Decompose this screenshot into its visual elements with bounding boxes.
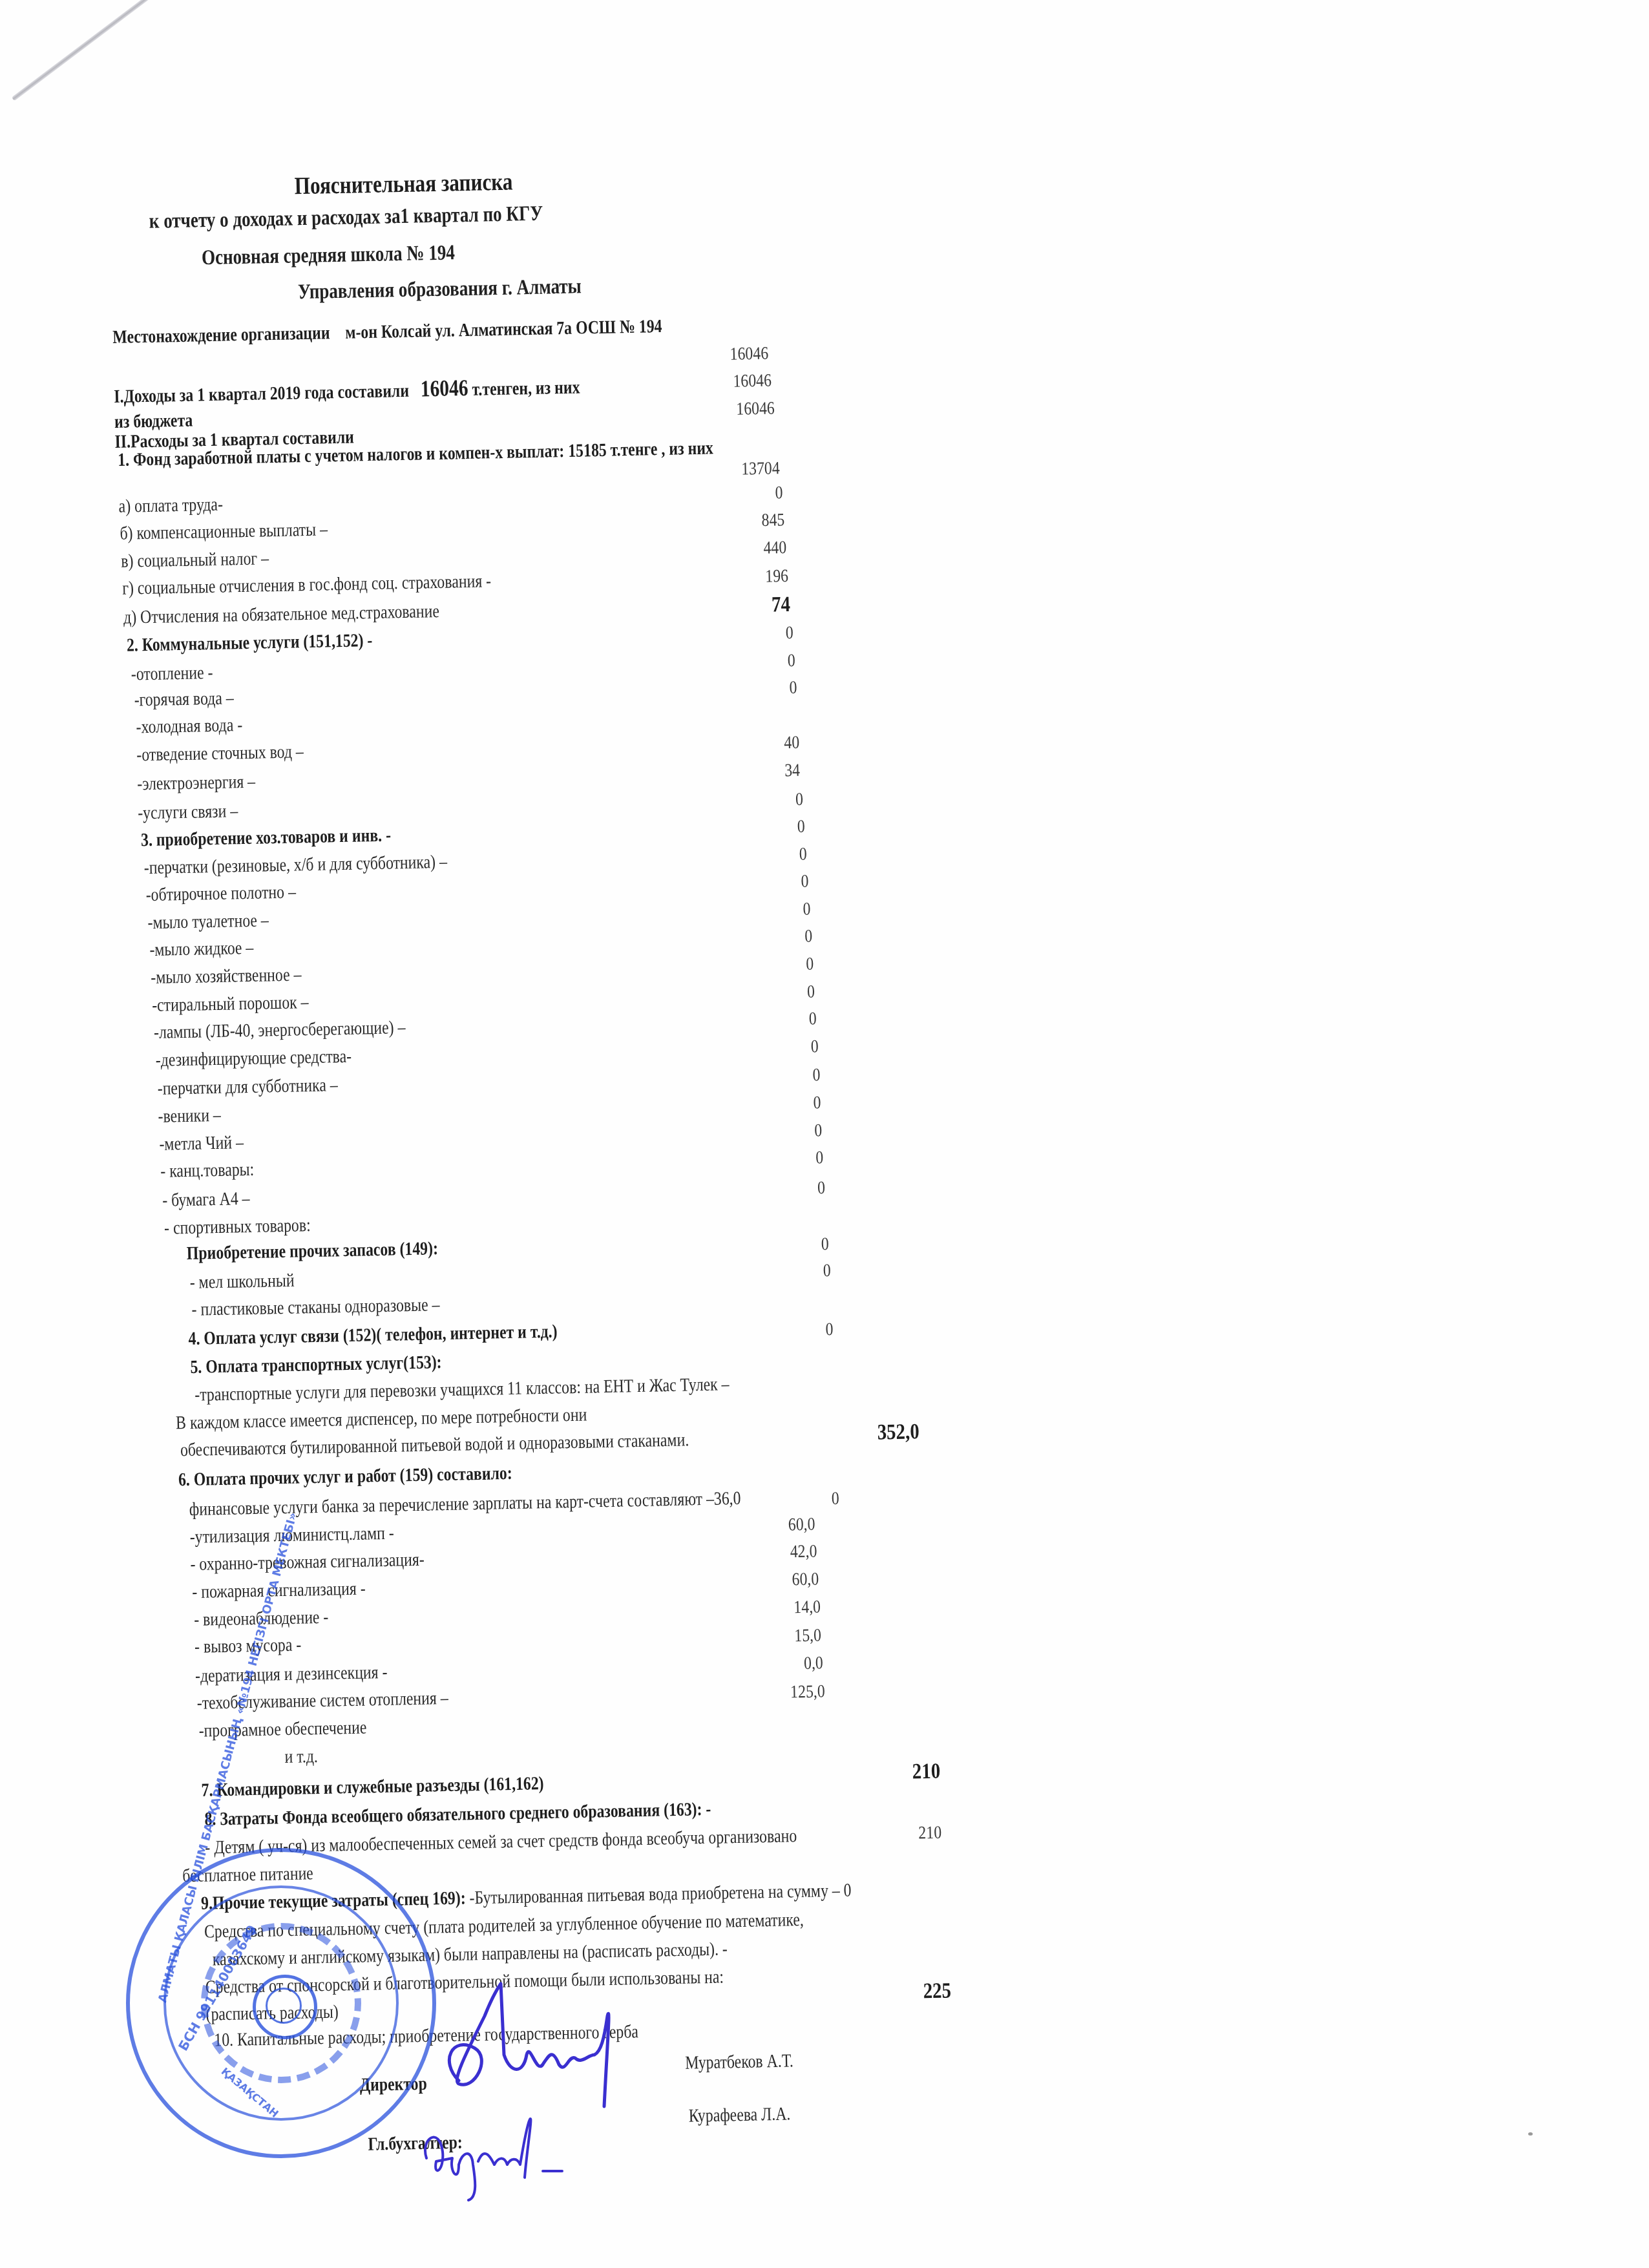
location-label: Местонахождение организации — [112, 322, 330, 348]
household-item-value: 0 — [720, 872, 809, 894]
other-services-item-label: - охранно-тревожная сигнализация- — [190, 1549, 425, 1575]
universal-fund-label: 8. Затраты Фонда всеобщего обязательного… — [204, 1799, 711, 1831]
utilities-item-value: 0 — [709, 678, 797, 700]
other-services-item-label: - пожарная сигнализация - — [192, 1579, 366, 1603]
household-item-value: 0 — [724, 926, 813, 949]
capital-expenses-label: 10. Капитальные расходы; приобретение го… — [214, 2021, 638, 2051]
household-item-value: 0 — [733, 1093, 821, 1115]
other-stock-item-label: - мел школьный — [189, 1270, 294, 1294]
other-current-line: казахскому и английскому языкам) были на… — [213, 1938, 728, 1970]
universal-fund-value: 210 — [854, 1823, 942, 1845]
household-item-label: -перчатки (резиновые, х/б и для субботни… — [144, 852, 448, 879]
other-stock-label: Приобретение прочих запасов (149): — [187, 1238, 439, 1265]
household-label: 3. приобретение хоз.товаров и инв. - — [141, 825, 391, 852]
universal-fund-line: - Детям ( уч-ся) из малообеспеченных сем… — [205, 1825, 797, 1858]
transport-label: 5. Оплата транспортных услуг(153): — [190, 1352, 442, 1378]
other-current-line: Средства по специальному счету (плата ро… — [204, 1909, 804, 1943]
other-current-inline: -Бутылированная питьевая вода приобретен… — [469, 1880, 852, 1909]
scanned-document-page: Пояснительная записка к отчету о доходах… — [0, 0, 1649, 2268]
transport-line: В каждом классе имеется диспенсер, по ме… — [176, 1405, 587, 1434]
other-services-item-value — [739, 1708, 826, 1710]
budget-label: из бюджета — [114, 410, 193, 433]
transport-line: -транспортные услуги для перевозки учащи… — [194, 1374, 730, 1406]
payroll-item-label: б) компенсационные выплаты – — [120, 519, 328, 544]
communication-value: 0 — [745, 1319, 834, 1342]
payroll-value: 13704 — [691, 458, 780, 481]
other-services-item-value: 60,0 — [727, 1515, 815, 1537]
director-name: Муратбеков А.Т. — [685, 2050, 793, 2074]
utilities-items: -отопление - 0 -горячая вода – 0 -холодн… — [0, 0, 1641, 3]
household-item-label: -веники – — [158, 1105, 221, 1128]
utilities-item-label: -отопление - — [131, 662, 213, 686]
payroll-item-value: 0 — [695, 483, 783, 505]
household-item-value: 0 — [729, 1009, 817, 1031]
household-item-value — [739, 1204, 827, 1206]
income-line: I.Доходы за 1 квартал 2019 года составил… — [114, 372, 580, 408]
payroll-item-value: 196 — [700, 566, 789, 589]
accountant-name: Курафеева Л.А. — [689, 2104, 791, 2127]
other-services-item-label: - видеонаблюдение - — [194, 1607, 329, 1631]
utilities-item-label: -горячая вода – — [134, 688, 234, 711]
household-item-label: -дезинфицирующие средства- — [156, 1046, 352, 1071]
accountant-label: Гл.бухгалтер: — [368, 2132, 463, 2156]
bank-services-line: финансовые услуги банка за перечисление … — [189, 1488, 741, 1520]
school-name: Основная средняя школа № 194 — [202, 241, 456, 270]
utilities-item-value — [711, 705, 799, 707]
household-item-label: - бумага А4 – — [162, 1188, 250, 1212]
payroll-item-label: д) Отчисления на обязательное мед.страхо… — [123, 601, 439, 629]
payroll-item-value: 74 — [702, 593, 791, 619]
other-stock-item-label: - пластиковые стаканы одноразовые – — [191, 1294, 440, 1321]
universal-fund-line: бесплатное питание — [182, 1863, 313, 1887]
other-services-item-value: 42,0 — [729, 1542, 817, 1564]
household-item-label: -стиральный порошок – — [152, 992, 309, 1016]
payroll-item-label: а) оплата труда- — [118, 494, 223, 518]
household-item-value: 0 — [719, 845, 807, 867]
household-item-value: 0 — [730, 1036, 819, 1059]
income-line-amount: 16046 — [420, 375, 468, 401]
household-item-label: -обтирочное полотно – — [145, 881, 296, 906]
travel-value: 210 — [852, 1759, 941, 1786]
transport-value: 352,0 — [831, 1420, 919, 1446]
income-line-prefix: I.Доходы за 1 квартал 2019 года составил… — [114, 381, 409, 407]
utilities-item-value: 40 — [711, 733, 800, 755]
payroll-items: а) оплата труда- 0 б) компенсационные вы… — [0, 0, 1641, 3]
household-items: -перчатки (резиновые, х/б и для субботни… — [0, 0, 1641, 3]
utilities-item-label: -услуги связи – — [138, 801, 238, 824]
location-line: Местонахождение организации м-он Колсай … — [112, 316, 662, 348]
household-item-value: 0 — [727, 982, 815, 1004]
household-item-value: 0 — [726, 954, 814, 976]
budget-value: 16046 — [687, 398, 775, 421]
other-stock-item-value — [744, 1286, 832, 1288]
director-label: Директор — [359, 2074, 427, 2096]
household-item-value: 0 — [735, 1148, 824, 1170]
household-item-value: 0 — [737, 1178, 826, 1201]
household-item-label: -лампы (ЛБ-40, энергосберегающие) – — [154, 1017, 406, 1044]
other-services-etc: и т.д. — [284, 1746, 318, 1768]
income-total-value: 16046 — [684, 371, 772, 394]
bank-services-value: 0 — [751, 1489, 839, 1511]
utilities-item-value: 34 — [712, 761, 801, 783]
household-item-label: -мыло хозяйственное – — [151, 964, 302, 989]
other-services-item-label: -утилизация люминистц.ламп - — [189, 1523, 394, 1548]
household-item-value: 0 — [734, 1120, 823, 1143]
household-item-label: - спортивных товаров: — [164, 1215, 311, 1239]
utilities-item-label: -электроэнергия – — [137, 772, 255, 795]
other-services-item-label: -техобслуживание систем отопления – — [197, 1688, 448, 1714]
income-line-suffix: т.тенген, из них — [472, 377, 580, 400]
other-current-line: Средства от спонсорской и благотворитель… — [205, 1967, 724, 1999]
travel-label: 7. Командировки и служебные разъезды (16… — [201, 1773, 544, 1801]
transport-line: обеспечиваются бутилированной питьевой в… — [180, 1429, 689, 1461]
utilities-item-value: 0 — [707, 651, 795, 673]
other-stock-items: - мел школьный 0 - пластиковые стаканы о… — [0, 0, 1641, 3]
payroll-item-label: в) социальный налог – — [121, 548, 269, 572]
location-value: м-он Колсай ул. Алматинская 7а ОСШ № 194 — [345, 316, 662, 343]
other-services-item-label: -дератизация и дезинсекция - — [195, 1662, 388, 1687]
household-item-label: - канц.товары: — [160, 1159, 255, 1182]
payroll-item-label: г) социальные отчисления в гос.фонд соц.… — [122, 571, 491, 599]
other-services-label: 6. Оплата прочих услуг и работ (159) сос… — [178, 1463, 512, 1491]
household-item-label: -мыло жидкое – — [149, 938, 253, 961]
other-services-item-label: -програмное обеспечение — [198, 1717, 366, 1742]
utilities-item-label: -отведение сточных вод – — [136, 741, 304, 766]
other-services-item-value: 60,0 — [731, 1569, 819, 1591]
department-name: Управления образования г. Алматы — [298, 275, 582, 304]
utilities-value: 0 — [706, 623, 794, 646]
payroll-item-value: 440 — [698, 538, 787, 560]
other-current-line: 9.Прочие текущие затраты (спец 169): -Бу… — [201, 1880, 852, 1915]
document-content: Пояснительная записка к отчету о доходах… — [0, 0, 1649, 2268]
other-services-items: -утилизация люминистц.ламп - 60,0 - охра… — [0, 0, 1641, 3]
payroll-item-value: 845 — [697, 510, 785, 532]
other-services-item-label: - вывоз мусора - — [194, 1635, 302, 1658]
household-value: 0 — [717, 817, 806, 839]
other-services-item-value: 125,0 — [737, 1681, 825, 1704]
household-item-label: -метла Чий – — [159, 1132, 244, 1155]
other-current-label: 9.Прочие текущие затраты (спец 169): — [201, 1888, 466, 1914]
utilities-item-value: 0 — [715, 790, 804, 812]
other-services-item-value: 14,0 — [733, 1597, 821, 1619]
household-item-value: 0 — [732, 1065, 821, 1087]
document-subtitle: к отчету о доходах и расходах за1 кварта… — [149, 202, 543, 234]
other-stock-item-value: 0 — [742, 1261, 831, 1283]
utilities-label: 2. Коммунальные услуги (151,152) - — [127, 630, 373, 656]
utilities-item-label: -холодная вода - — [136, 715, 242, 738]
other-services-item-value: 15,0 — [733, 1625, 822, 1648]
other-current-line: (расписать расходы) — [205, 2002, 339, 2026]
other-current-value: 225 — [863, 1979, 952, 2005]
other-stock-value: 0 — [741, 1234, 830, 1257]
household-item-label: -мыло туалетное – — [147, 910, 269, 934]
communication-label: 4. Оплата услуг связи (152)( телефон, ин… — [188, 1321, 558, 1349]
household-item-label: -перчатки для субботника – — [157, 1075, 337, 1100]
income-top-value: 16046 — [680, 344, 769, 366]
other-services-item-value: 0,0 — [735, 1653, 824, 1675]
document-title: Пояснительная записка — [294, 168, 512, 201]
household-item-value: 0 — [722, 899, 811, 922]
